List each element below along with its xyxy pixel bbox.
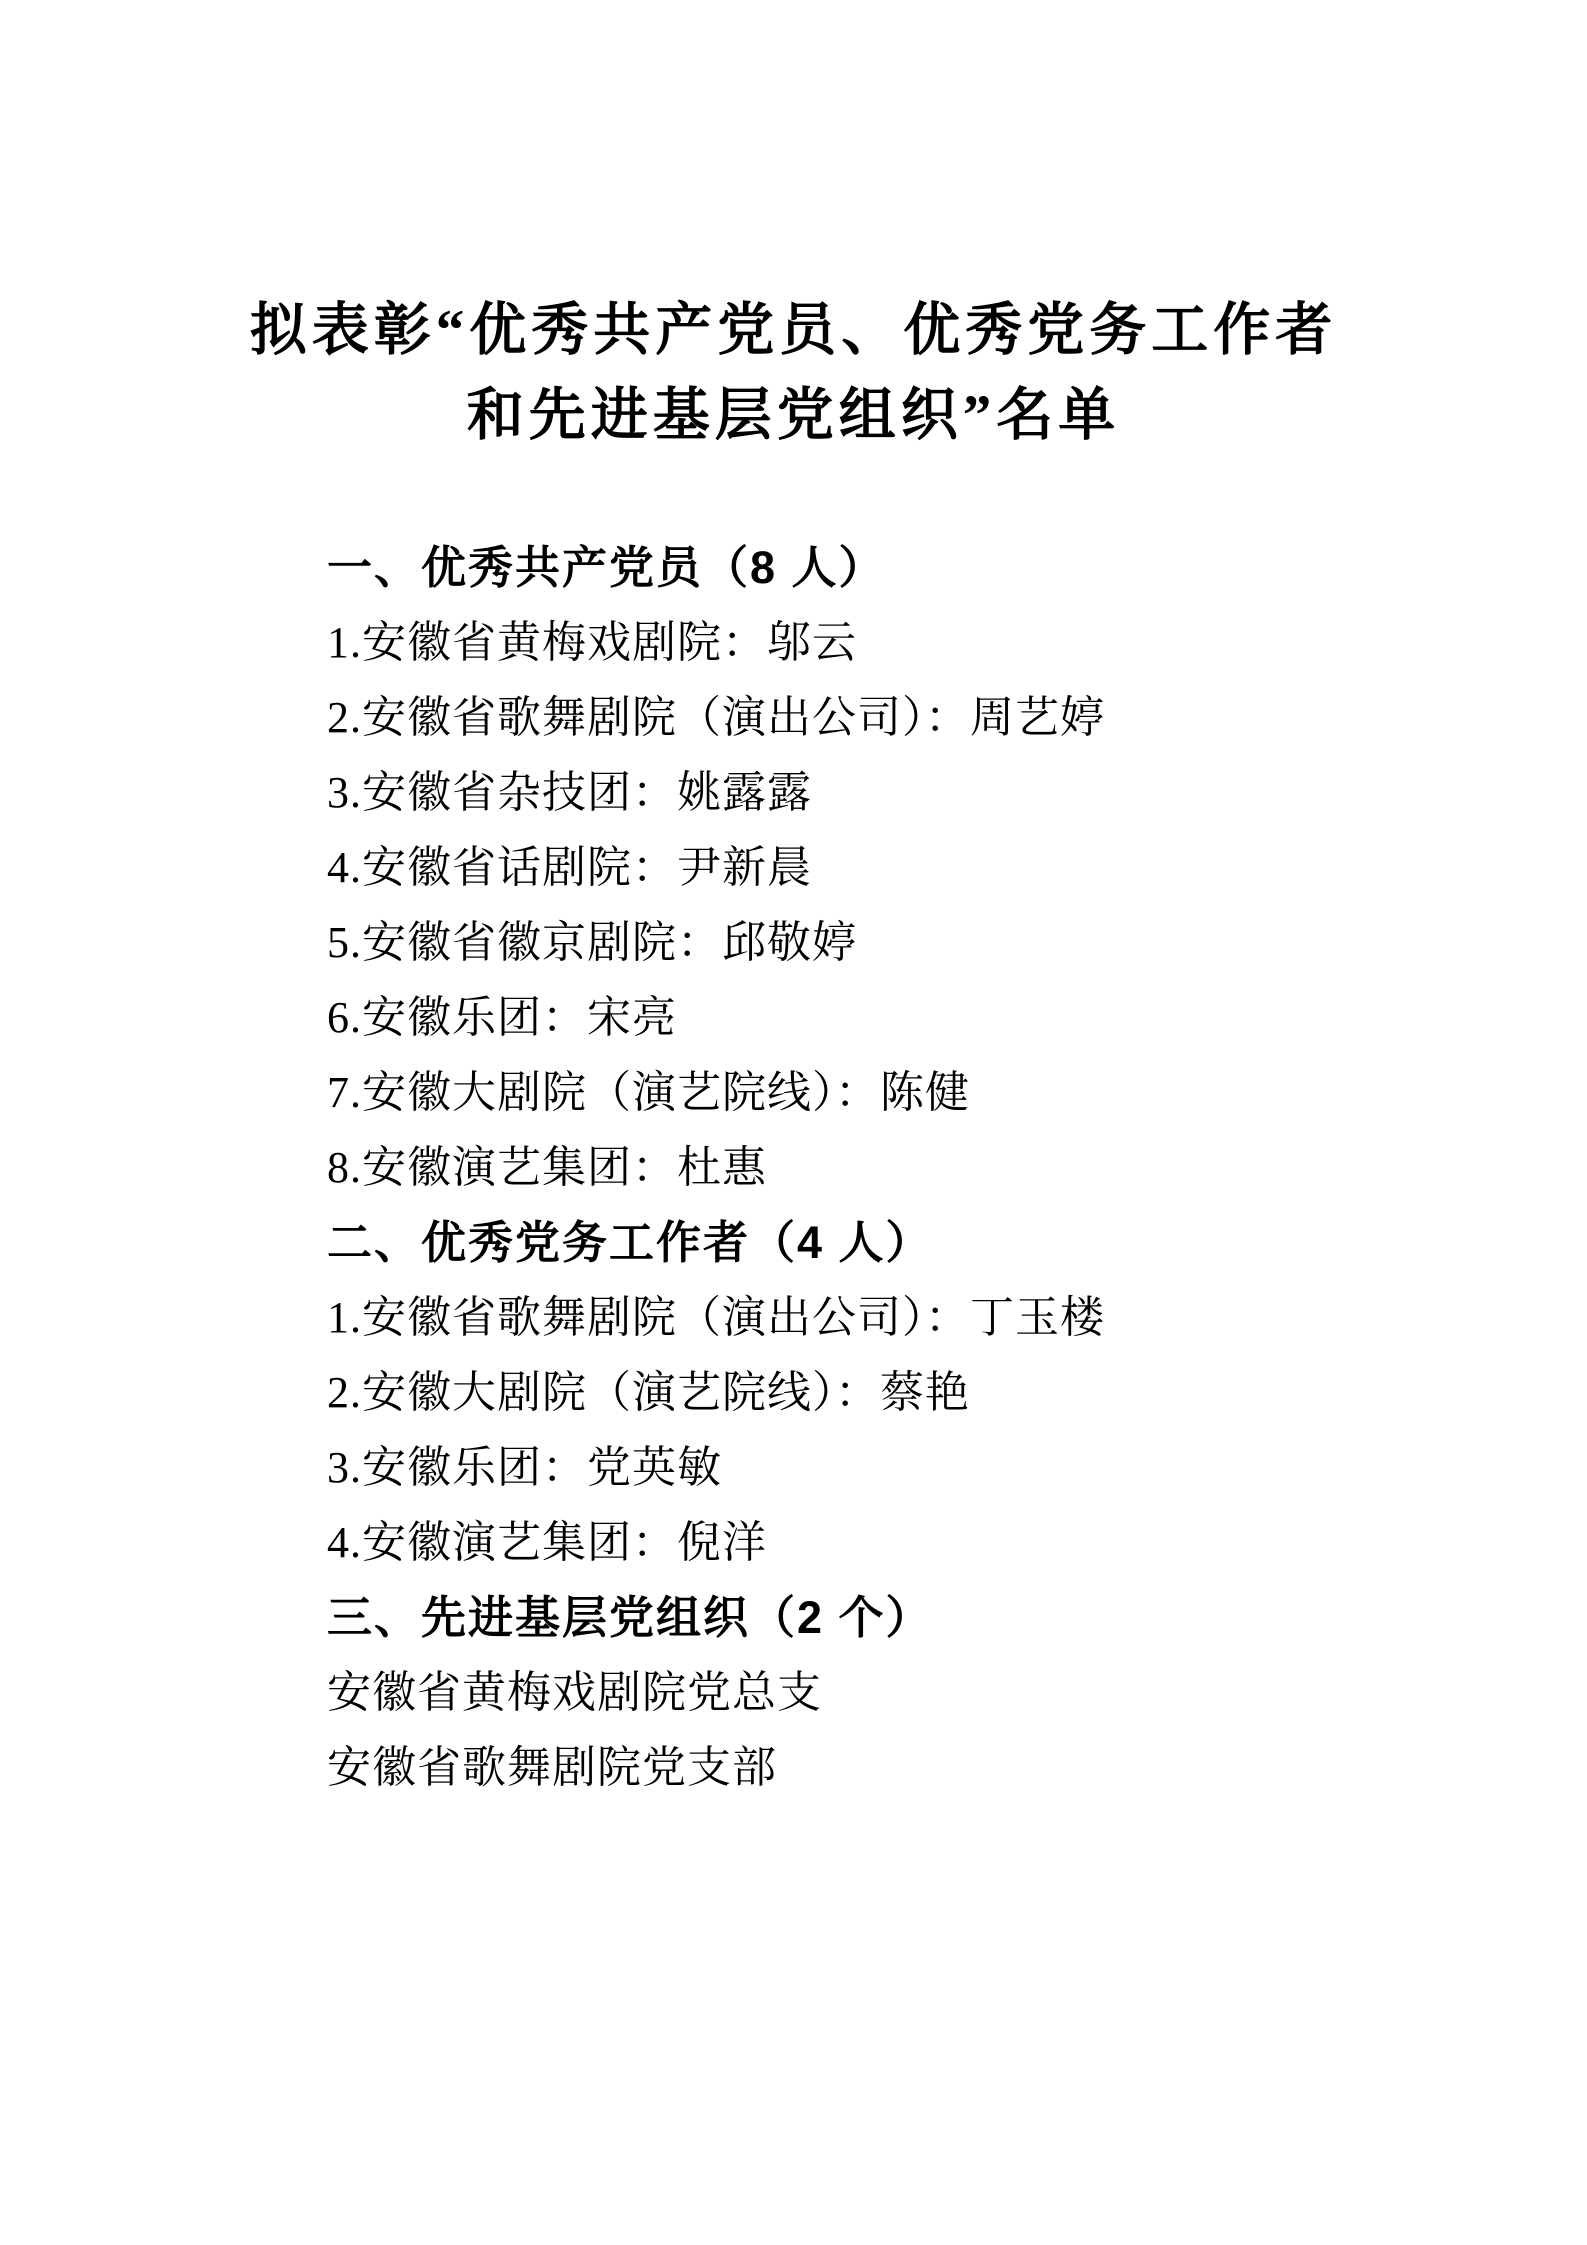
title-line-1: 拟表彰“优秀共产党员、优秀党务工作者 — [0, 288, 1587, 373]
section-1-heading: 一、优秀共产党员（8 人） — [327, 530, 1427, 605]
section-1-item-4: 4.安徽省话剧院：尹新晨 — [327, 830, 1427, 905]
document-title: 拟表彰“优秀共产党员、优秀党务工作者 和先进基层党组织”名单 — [0, 0, 1587, 458]
section-1-item-1: 1.安徽省黄梅戏剧院：邬云 — [327, 605, 1427, 680]
section-1-item-8: 8.安徽演艺集团：杜惠 — [327, 1130, 1427, 1205]
section-2-heading: 二、优秀党务工作者（4 人） — [327, 1205, 1427, 1280]
document-page: 拟表彰“优秀共产党员、优秀党务工作者 和先进基层党组织”名单 一、优秀共产党员（… — [0, 0, 1587, 2245]
document-content: 一、优秀共产党员（8 人） 1.安徽省黄梅戏剧院：邬云 2.安徽省歌舞剧院（演出… — [0, 530, 1587, 1805]
section-1-item-6: 6.安徽乐团：宋亮 — [327, 980, 1427, 1055]
title-line-2: 和先进基层党组织”名单 — [0, 373, 1587, 458]
section-3-heading: 三、先进基层党组织（2 个） — [327, 1580, 1427, 1655]
section-2-item-2: 2.安徽大剧院（演艺院线）：蔡艳 — [327, 1355, 1427, 1430]
section-1-item-7: 7.安徽大剧院（演艺院线）：陈健 — [327, 1055, 1427, 1130]
section-3-item-1: 安徽省黄梅戏剧院党总支 — [327, 1655, 1427, 1730]
section-2-item-4: 4.安徽演艺集团：倪洋 — [327, 1505, 1427, 1580]
section-2-item-1: 1.安徽省歌舞剧院（演出公司）：丁玉楼 — [327, 1280, 1427, 1355]
section-1-item-3: 3.安徽省杂技团：姚露露 — [327, 755, 1427, 830]
section-1-item-2: 2.安徽省歌舞剧院（演出公司）：周艺婷 — [327, 680, 1427, 755]
section-2-item-3: 3.安徽乐团：党英敏 — [327, 1430, 1427, 1505]
section-3-item-2: 安徽省歌舞剧院党支部 — [327, 1730, 1427, 1805]
section-1-item-5: 5.安徽省徽京剧院：邱敬婷 — [327, 905, 1427, 980]
